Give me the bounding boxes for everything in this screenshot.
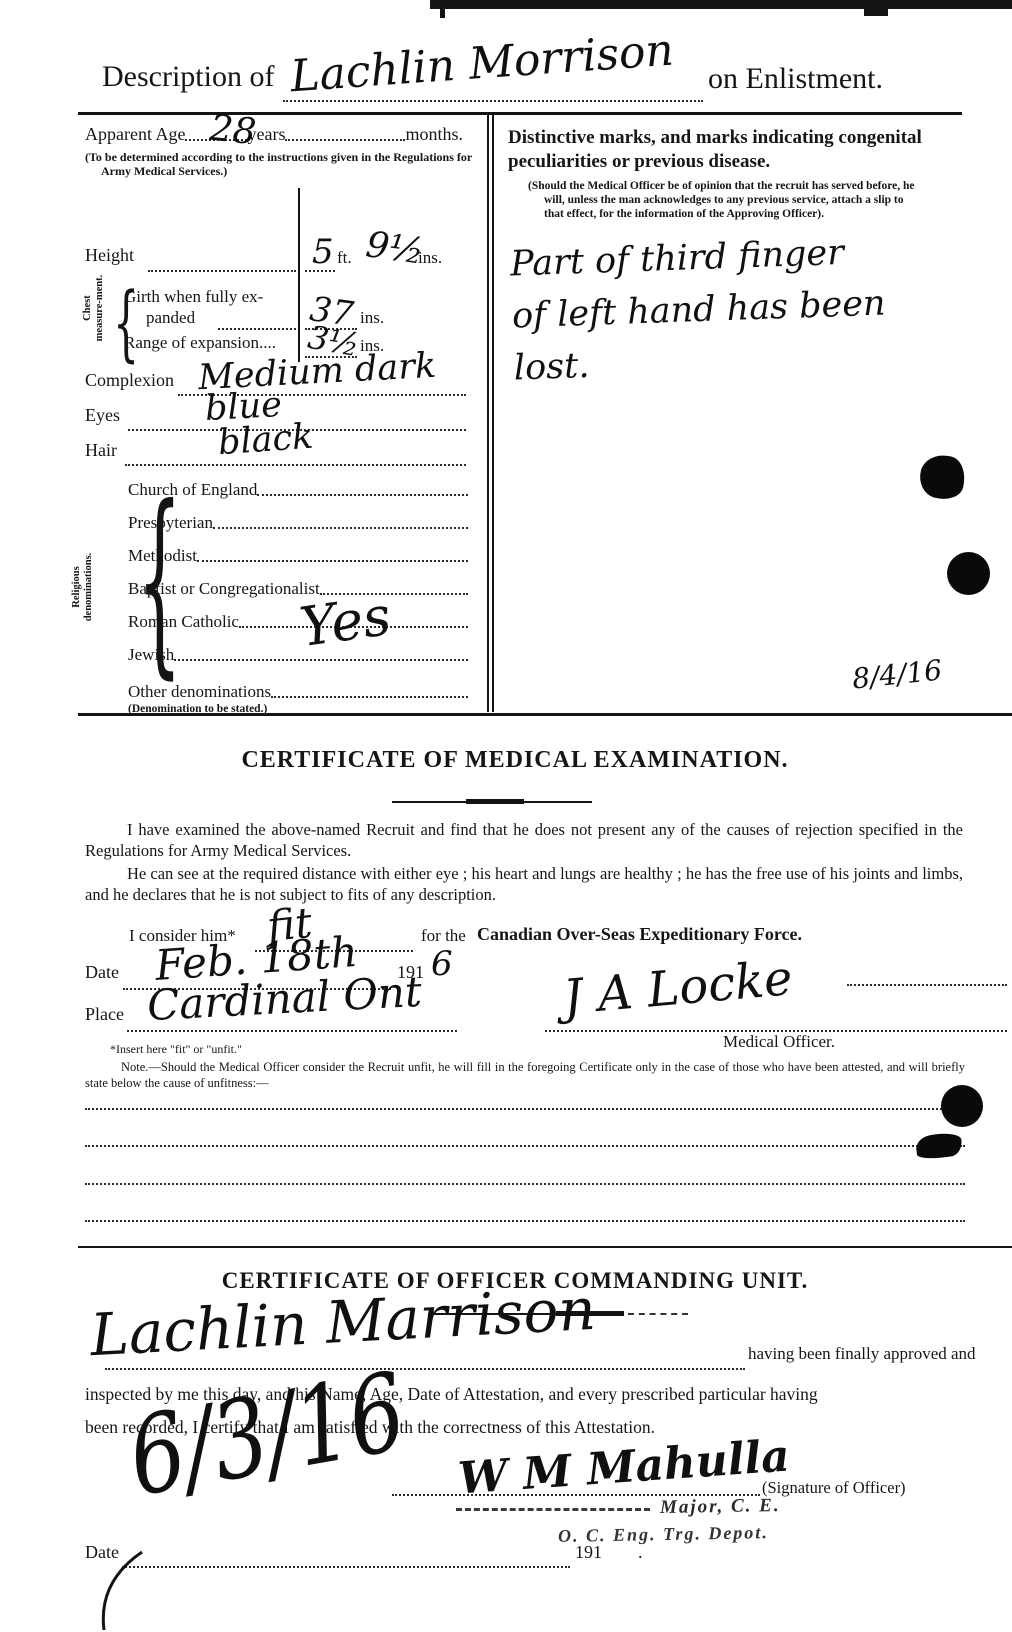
- leader-dots: [148, 268, 296, 272]
- force-name: Canadian Over-Seas Expeditionary Force.: [477, 924, 802, 945]
- officer-date-value: 6/3/16: [120, 1350, 414, 1521]
- religion-row: Presbyterian: [128, 513, 468, 533]
- stray-pen-stroke: [88, 1548, 150, 1632]
- date-label: Date: [85, 962, 119, 983]
- distinctive-marks-heading: Distinctive marks, and marks indicating …: [508, 126, 928, 174]
- column-divider-2: [492, 115, 494, 712]
- apparent-age-value: 28: [208, 108, 258, 154]
- officer-signature-label: (Signature of Officer): [762, 1478, 906, 1498]
- leader-dots: [847, 982, 1007, 986]
- leader-dots: [105, 1366, 745, 1370]
- leader-dots: [271, 694, 468, 698]
- range-label: Range of expansion....: [124, 333, 276, 353]
- medical-paragraph-1: I have examined the above-named Recruit …: [85, 820, 963, 862]
- stamp-dashes: [456, 1508, 650, 1511]
- year-value: 6: [431, 944, 453, 984]
- religion-row: Other denominations: [128, 682, 468, 702]
- officer-rank-stamp: Major, C. E.: [660, 1495, 781, 1519]
- blank-line: [85, 1218, 965, 1222]
- ins-label: ins.: [418, 248, 442, 268]
- complexion-label: Complexion: [85, 370, 174, 391]
- height-label: Height: [85, 245, 134, 266]
- title-divider-thick: [466, 799, 524, 804]
- religious-denominations-label: Religious denominations.: [71, 507, 105, 667]
- hair-value: black: [217, 417, 315, 464]
- religion-row: Church of England: [128, 480, 468, 500]
- leader-dots: [305, 268, 335, 272]
- leader-dots: [122, 1564, 570, 1568]
- scan-edge-mark: [864, 9, 888, 16]
- value-column-rule: [298, 188, 300, 362]
- enlistment-form-page: Description of Lachlin Morrison on Enlis…: [0, 0, 1012, 1632]
- blank-line: [85, 1181, 965, 1185]
- religion-row: Jewish: [128, 645, 468, 665]
- religion-row: Methodist: [128, 546, 468, 566]
- eyes-label: Eyes: [85, 405, 120, 426]
- ins-label: ins.: [360, 308, 384, 328]
- blank-line: [85, 1106, 965, 1110]
- height-ft-value: 5: [312, 232, 334, 272]
- medical-certificate-title: CERTIFICATE OF MEDICAL EXAMINATION.: [85, 747, 945, 774]
- distinctive-marks-note: (Should the Medical Officer be of opinio…: [528, 180, 924, 221]
- ink-blot: [941, 1085, 983, 1127]
- hair-label: Hair: [85, 440, 117, 461]
- scan-edge-tick: [440, 0, 445, 18]
- form-title-prefix: Description of: [102, 60, 274, 94]
- approved-suffix: having been finally approved and: [748, 1344, 976, 1364]
- medical-place-row: Place Cardinal Ont J A Locke Medical Off…: [85, 988, 963, 1048]
- leader-dots: [174, 657, 468, 661]
- blank-line: [85, 1143, 965, 1147]
- marks-date-note: 8/4/16: [851, 653, 944, 695]
- ft-label: ft.: [337, 248, 352, 268]
- height-ins-value: 9½: [363, 224, 426, 273]
- leader-dots: [213, 525, 468, 529]
- name-dotted-line: [283, 98, 703, 102]
- ink-blot: [915, 1131, 964, 1161]
- insert-fit-note: *Insert here "fit" or "unfit.": [110, 1042, 242, 1056]
- officer-year-period: .: [638, 1542, 643, 1563]
- officer-year-prefix: 191: [575, 1542, 602, 1563]
- form-title-suffix: on Enlistment.: [708, 62, 883, 96]
- leader-dots: [285, 137, 405, 141]
- ink-blot: [947, 552, 990, 595]
- unfitness-note: Note.—Should the Medical Officer conside…: [85, 1060, 965, 1091]
- scan-edge-bar: [430, 0, 1012, 9]
- apparent-age-note: (To be determined according to the instr…: [85, 150, 493, 179]
- column-divider: [487, 115, 489, 712]
- ink-blot: [915, 450, 969, 504]
- section-rule: [78, 713, 1012, 716]
- place-label: Place: [85, 1004, 124, 1025]
- apparent-age-row: Apparent Age years months.: [85, 124, 463, 145]
- leader-dots: [197, 558, 468, 562]
- leader-dots: [257, 492, 468, 496]
- religion-value: Yes: [296, 584, 395, 659]
- medical-paragraph-2: He can see at the required distance with…: [85, 864, 963, 906]
- consider-mid: for the: [421, 926, 466, 946]
- distinctive-marks-entry: Part of third finger of left hand has be…: [509, 226, 888, 395]
- girth-label: Girth when fully ex- panded: [124, 286, 296, 329]
- section-rule: [78, 1246, 1012, 1248]
- months-label: months.: [405, 124, 463, 145]
- recruit-name-handwritten: Lachlin Morrison: [289, 25, 676, 103]
- medical-officer-label: Medical Officer.: [723, 1032, 835, 1052]
- apparent-age-label: Apparent Age: [85, 124, 185, 145]
- leader-dots: [218, 326, 296, 330]
- chest-measurement-label: Chest measure-ment.: [82, 266, 106, 350]
- title-divider-dashed: [628, 1313, 688, 1315]
